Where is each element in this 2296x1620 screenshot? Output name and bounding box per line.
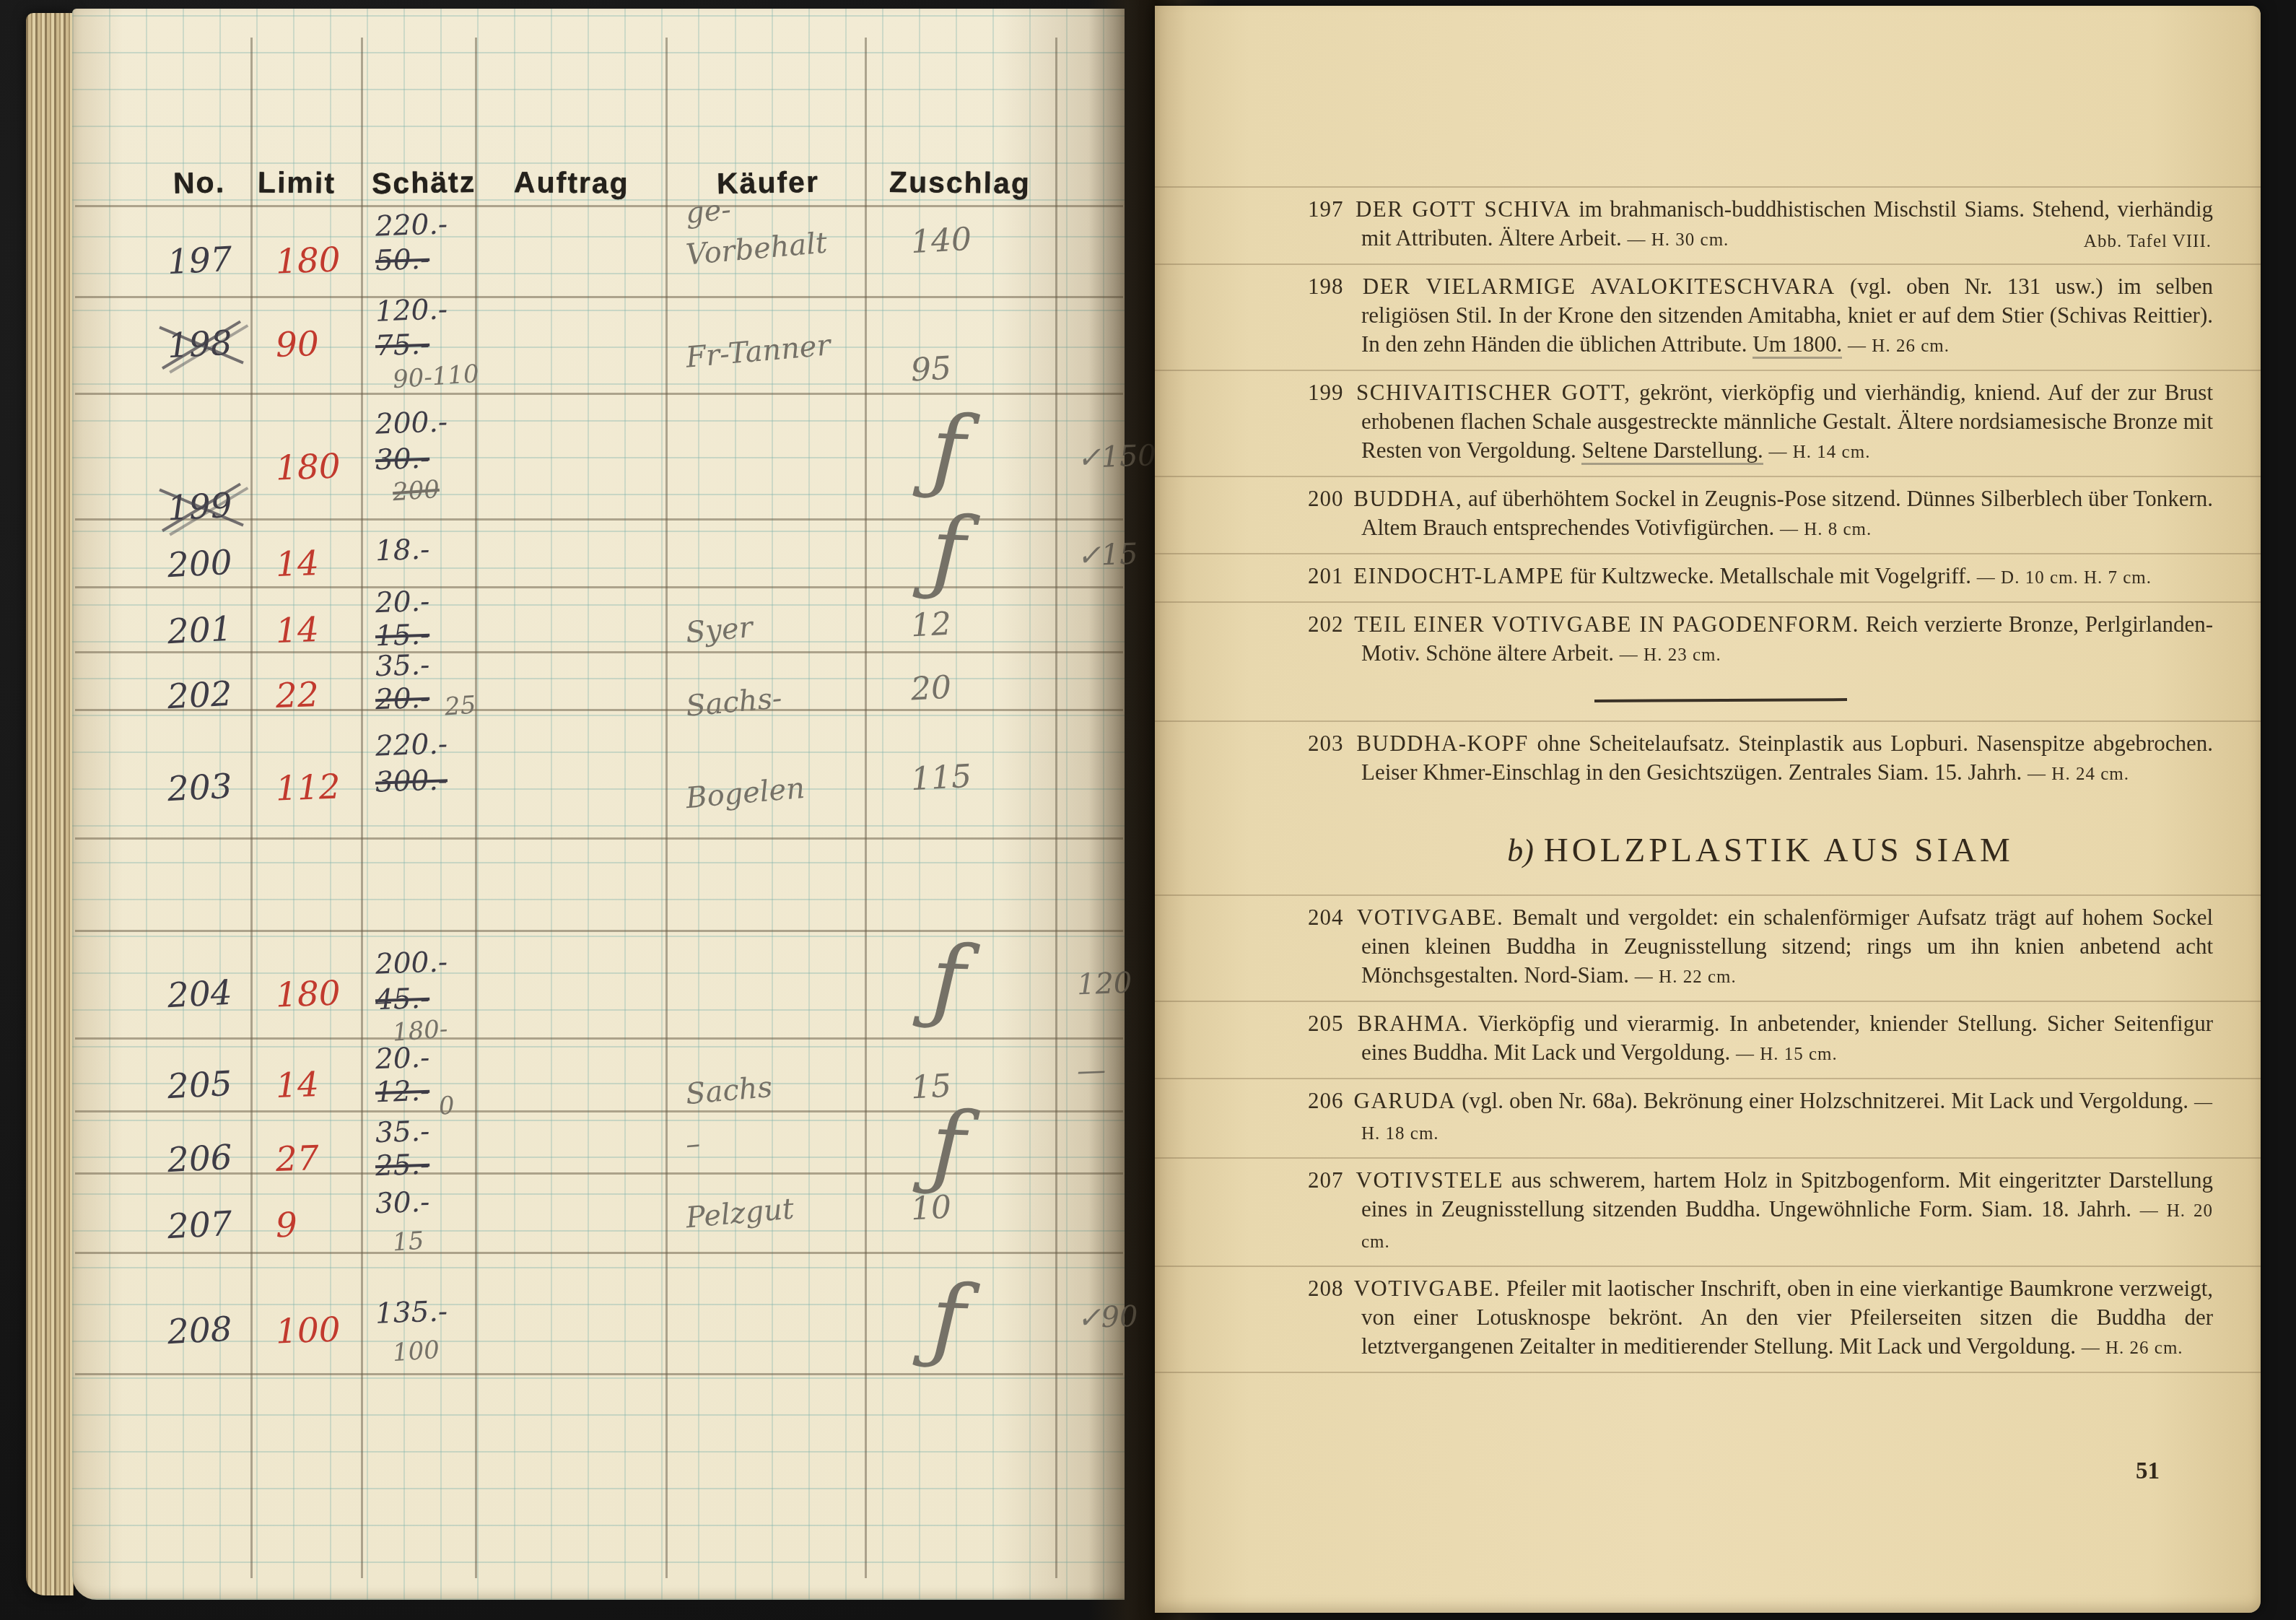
hammer-price: 20	[910, 669, 953, 708]
lot-number: 199	[1308, 380, 1348, 405]
catalog-entry: 202 TEIL EINER VOTIVGABE IN PAGODENFORM.…	[1308, 601, 2213, 679]
hammer-price: 140	[910, 221, 973, 261]
lot-dimensions: — H. 15 cm.	[1736, 1045, 1838, 1064]
buyer-name: Syer	[684, 611, 754, 650]
lot-no: 208	[167, 1310, 233, 1353]
hammer-price: 95	[910, 350, 953, 389]
lot-dimensions: — H. 24 cm.	[2027, 765, 2129, 784]
catalog-page: 197 DER GOTT SCHIVA im brahmanisch-buddh…	[1155, 6, 2261, 1613]
estimate-crossed: 15.-	[375, 619, 430, 653]
ledger-row: 198 90 120.- 75.- 90-110 Fr-Tanner 95	[72, 9, 1125, 48]
limit-value: 14	[275, 610, 320, 651]
lot-number: 200	[1308, 486, 1348, 511]
column-header-schtz: Schätz	[372, 165, 476, 201]
lot-title: EINDOCHT-LAMPE	[1353, 563, 1564, 588]
lot-no: 206	[167, 1138, 233, 1181]
pencil-note: 90-110	[392, 360, 480, 394]
row-separator	[75, 1373, 1123, 1375]
lot-no: 201	[167, 609, 233, 653]
lot-description-underlined: Seltene Darstellung.	[1581, 437, 1763, 465]
buyer-name: ge-	[684, 193, 733, 230]
estimate-value: 35.-	[375, 649, 430, 684]
estimate-value: 20.-	[375, 585, 430, 620]
estimate-crossed: 30.-	[375, 443, 430, 477]
estimate-crossed: 20.-	[375, 682, 430, 717]
estimate-crossed: 75.-	[375, 328, 430, 363]
buyer-name: Sachs	[684, 1071, 774, 1111]
lot-title: SCHIVAITISCHER GOTT,	[1356, 380, 1631, 405]
lot-dimensions: — H. 8 cm.	[1780, 520, 1872, 539]
lot-no: 202	[167, 674, 233, 718]
buyer-name: Pelzgut	[684, 1193, 795, 1235]
column-header-no: No.	[173, 165, 226, 200]
buyer-name-line2: Vorbehalt	[684, 227, 828, 272]
page-edge-stack	[26, 13, 74, 1595]
lot-dimensions: — H. 26 cm.	[1848, 336, 1950, 356]
lot-dimensions: — H. 30 cm.	[1628, 230, 1729, 250]
catalog-entry: 206 GARUDA (vgl. oben Nr. 68a). Bekrönun…	[1308, 1078, 2213, 1157]
plate-reference: Abb. Tafel VIII.	[2084, 232, 2212, 252]
lot-no: 199	[167, 486, 233, 529]
lot-title: BUDDHA,	[1353, 486, 1462, 511]
lot-no: 203	[167, 767, 233, 810]
hammer-price: 10	[910, 1189, 953, 1228]
section-letter: b)	[1507, 833, 1544, 868]
ledger-rows: 197 180 220.- 50.- ge- Vorbehalt 140 198…	[72, 9, 1125, 88]
catalog-entry: 208 VOTIVGABE. Pfeiler mit laotischer In…	[1308, 1266, 2213, 1372]
lot-dimensions: — H. 23 cm.	[1620, 645, 1721, 665]
lot-title: VOTIVGABE.	[1353, 1276, 1501, 1301]
lot-no: 197	[167, 240, 233, 283]
limit-value: 14	[275, 1065, 320, 1106]
lot-dimensions: — H. 14 cm.	[1769, 443, 1871, 462]
lot-number: 204	[1308, 905, 1348, 930]
lot-description: (vgl. oben Nr. 68a). Bekrönung einer Hol…	[1462, 1088, 2188, 1113]
catalog-entry: 204 VOTIVGABE. Bemalt und vergoldet: ein…	[1308, 894, 2213, 1001]
catalog-entries: 197 DER GOTT SCHIVA im brahmanisch-buddh…	[1308, 6, 2213, 1373]
pencil-note: 15	[392, 1227, 425, 1258]
limit-value: 90	[275, 324, 320, 365]
lot-title: GARUDA	[1354, 1088, 1457, 1113]
hammer-price: ƒ	[930, 933, 967, 1027]
book-spread: No.LimitSchätzAuftragKäuferZuschlag 197 …	[0, 0, 2296, 1620]
page-number: 51	[2136, 1458, 2160, 1485]
ledger-page: No.LimitSchätzAuftragKäuferZuschlag 197 …	[72, 9, 1125, 1600]
catalog-entry: 200 BUDDHA, auf überhöhtem Sockel in Zeu…	[1308, 476, 2213, 553]
lot-title: BUDDHA-KOPF	[1356, 731, 1529, 756]
column-rule	[250, 38, 253, 1578]
column-header-auftrag: Auftrag	[514, 165, 629, 201]
hammer-price: ƒ	[930, 505, 967, 598]
catalog-entry: 207 VOTIVSTELE aus schwerem, hartem Holz…	[1308, 1157, 2213, 1266]
hammer-price: ƒ	[930, 1099, 967, 1193]
pencil-note: 25	[444, 691, 477, 722]
limit-value: 14	[275, 544, 320, 585]
limit-value: 180	[275, 240, 341, 282]
lot-title: TEIL EINER VOTIVGABE IN PAGODENFORM.	[1354, 611, 1859, 637]
lot-title: DER GOTT SCHIVA	[1356, 196, 1571, 222]
lot-description: für Kultzwecke. Metallschale mit Vogelgr…	[1570, 563, 1971, 588]
row-separator	[75, 837, 1123, 840]
row-separator	[75, 651, 1123, 653]
pencil-note: 0	[438, 1091, 455, 1120]
column-header-zuschlag: Zuschlag	[889, 165, 1031, 201]
estimate-value: 220.-	[375, 728, 448, 762]
pencil-note: 200	[392, 475, 441, 507]
estimate-value: 200.-	[375, 946, 448, 980]
estimate-value: 200.-	[375, 406, 448, 440]
hammer-price: 12	[910, 606, 953, 645]
lot-title: DER VIELARMIGE AVALOKITESCHVARA	[1363, 274, 1836, 299]
buyer-name: Sachs-	[684, 681, 783, 723]
column-rule	[361, 38, 363, 1578]
row-separator	[75, 393, 1123, 395]
row-separator	[75, 1252, 1123, 1254]
hammer-price: ƒ	[930, 404, 967, 497]
pencil-note: 100	[392, 1336, 441, 1367]
limit-value: 112	[275, 767, 341, 809]
estimate-crossed: 45.-	[375, 983, 430, 1017]
lot-description-underlined: Um 1800.	[1752, 331, 1842, 359]
limit-value: 27	[275, 1138, 320, 1180]
estimate-value: 18.-	[375, 534, 430, 568]
lot-no: 205	[167, 1064, 233, 1107]
section-title: HOLZPLASTIK AUS SIAM	[1544, 832, 2014, 869]
hammer-price: 115	[910, 758, 973, 798]
lot-number: 205	[1308, 1011, 1348, 1036]
lot-no: 207	[167, 1204, 233, 1247]
estimate-value: 30.-	[375, 1186, 430, 1221]
buyer-name: Fr-Tanner	[684, 328, 831, 374]
column-rule	[475, 38, 477, 1578]
estimate-crossed: 50.-	[375, 243, 430, 278]
section-divider	[1308, 679, 2213, 720]
hammer-price: ƒ	[930, 1273, 967, 1367]
estimate-value: 220.-	[375, 208, 448, 243]
catalog-entry: 203 BUDDHA-KOPF ohne Scheitelaufsatz. St…	[1308, 720, 2213, 798]
lot-no: 198	[167, 323, 233, 367]
row-separator	[75, 296, 1123, 298]
column-rule	[1055, 38, 1057, 1578]
lot-dimensions: — D. 10 cm. H. 7 cm.	[1977, 568, 2152, 588]
lot-number: 206	[1308, 1088, 1348, 1113]
row-separator	[75, 1037, 1123, 1040]
lot-dimensions: — H. 22 cm.	[1635, 967, 1737, 987]
estimate-crossed: 12.-	[375, 1075, 430, 1110]
row-separator	[75, 586, 1123, 588]
limit-value: 100	[275, 1310, 341, 1351]
section-heading: b)HOLZPLASTIK AUS SIAM	[1308, 798, 2213, 894]
lot-number: 202	[1308, 611, 1348, 637]
limit-value: 22	[275, 675, 320, 716]
lot-title: BRAHMA.	[1358, 1011, 1469, 1036]
buyer-name: Bogelen	[684, 772, 806, 815]
row-separator	[75, 205, 1123, 207]
lot-number: 203	[1308, 731, 1348, 756]
column-header-kufer: Käufer	[717, 165, 820, 201]
catalog-entry: 205 BRAHMA. Vierköpfig und vierarmig. In…	[1308, 1001, 2213, 1078]
estimate-value: 135.-	[375, 1295, 448, 1330]
estimate-crossed: 300.-	[375, 764, 448, 798]
lot-title: VOTIVSTELE	[1356, 1167, 1503, 1193]
limit-value: 180	[275, 446, 341, 488]
divider-rule	[1594, 698, 1847, 702]
column-rule	[865, 38, 867, 1578]
lot-number: 201	[1308, 563, 1348, 588]
column-rule	[665, 38, 668, 1578]
lot-dimensions: — H. 26 cm.	[2082, 1338, 2183, 1358]
buyer-name: –	[684, 1127, 702, 1162]
lot-number: 208	[1308, 1276, 1348, 1301]
catalog-entry: 199 SCHIVAITISCHER GOTT, gekrönt, vierkö…	[1308, 370, 2213, 476]
estimate-value: 120.-	[375, 293, 448, 328]
lot-number: 207	[1308, 1167, 1348, 1193]
limit-value: 180	[275, 973, 341, 1015]
estimate-crossed: 25.-	[375, 1149, 430, 1183]
catalog-entry: 201 EINDOCHT-LAMPE für Kultzwecke. Metal…	[1308, 553, 2213, 601]
catalog-entry: 198 DER VIELARMIGE AVALOKITESCHVARA (vgl…	[1308, 264, 2213, 370]
catalog-entry: 197 DER GOTT SCHIVA im brahmanisch-buddh…	[1308, 186, 2213, 264]
estimate-value: 20.-	[375, 1042, 430, 1076]
lot-number: 198	[1308, 274, 1348, 299]
lot-number: 197	[1308, 196, 1348, 222]
ledger-row: 199 180 200.- 30.- 200 ƒ ✓150	[72, 48, 1125, 88]
estimate-value: 35.-	[375, 1115, 430, 1150]
row-separator	[1308, 1372, 2213, 1373]
lot-no: 204	[167, 973, 233, 1016]
limit-value: 9	[275, 1205, 298, 1245]
lot-title: VOTIVGABE.	[1357, 905, 1504, 930]
lot-no: 200	[167, 543, 233, 586]
column-header-limit: Limit	[258, 165, 336, 200]
